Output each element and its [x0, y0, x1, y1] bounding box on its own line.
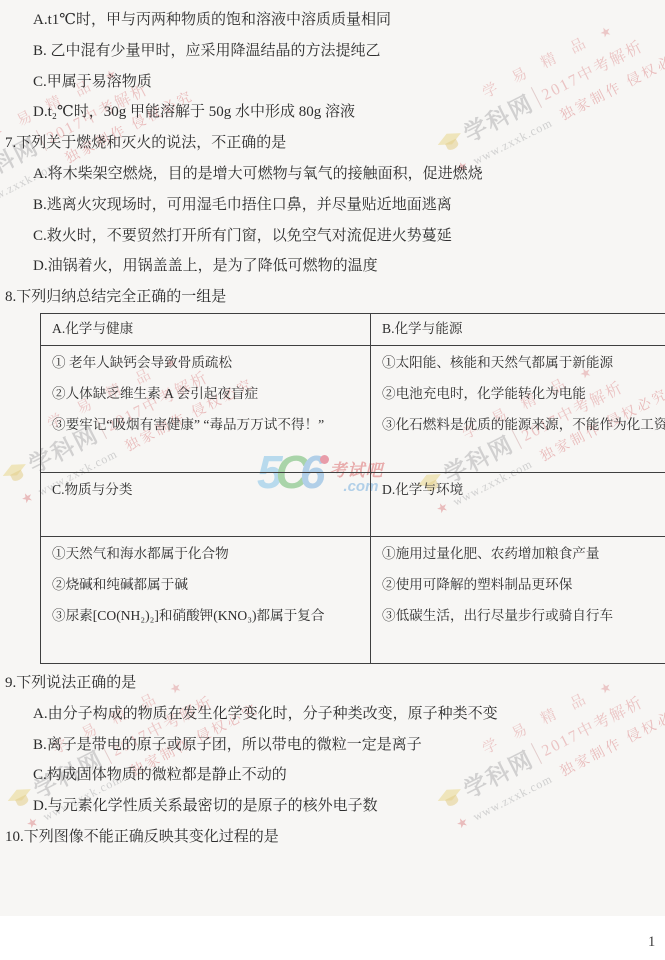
table-item: ① 老年人缺钙会导致骨质疏松 [52, 347, 364, 378]
q7-option-d: D.油锅着火，用锅盖盖上，是为了降低可燃物的温度 [0, 251, 665, 282]
table-item: ③尿素[CO(NH₂)₂]和硝酸钾(KNO₃)都属于复合 [52, 600, 364, 631]
table-item: ②人体缺乏维生素 A 会引起夜盲症 [52, 378, 364, 409]
table-cell-a-header: A.化学与健康 [41, 313, 371, 345]
q7-option-a: A.将木柴架空燃烧，目的是增大可燃物与氧气的接触面积，促进燃烧 [0, 159, 665, 190]
table-item: ③低碳生活，出行尽量步行或骑自行车 [382, 600, 665, 631]
q6-option-a: A.t1℃时，甲与丙两种物质的饱和溶液中溶质质量相同 [0, 5, 665, 36]
exam-content: A.t1℃时，甲与丙两种物质的饱和溶液中溶质质量相同 B. 乙中混有少量甲时，应… [0, 0, 665, 853]
table-cell-b-items: ①太阳能、核能和天然气都属于新能源 ②电池充电时，化学能转化为电能 ③化石燃料是… [371, 345, 665, 472]
table-row: ①天然气和海水都属于化合物 ②烧碱和纯碱都属于碱 ③尿素[CO(NH₂)₂]和硝… [41, 536, 665, 663]
q7-stem: 7.下列关于燃烧和灭火的说法，不正确的是 [0, 128, 665, 159]
q6-option-b: B. 乙中混有少量甲时，应采用降温结晶的方法提纯乙 [0, 36, 665, 67]
table-row: C.物质与分类 D.化学与环境 [41, 472, 665, 536]
q8-summary-table: A.化学与健康 B.化学与能源 ① 老年人缺钙会导致骨质疏松 ②人体缺乏维生素 … [40, 313, 665, 664]
q10-stem: 10.下列图像不能正确反映其变化过程的是 [0, 822, 665, 853]
q9-stem: 9.下列说法正确的是 [0, 668, 665, 699]
table-item: ③要牢记“吸烟有害健康” “毒品万万试不得！” [52, 409, 364, 440]
q8-stem: 8.下列归纳总结完全正确的一组是 [0, 282, 665, 313]
table-item: ①太阳能、核能和天然气都属于新能源 [382, 347, 665, 378]
table-cell-a-items: ① 老年人缺钙会导致骨质疏松 ②人体缺乏维生素 A 会引起夜盲症 ③要牢记“吸烟… [41, 345, 371, 472]
exam-paper-page: 学 易 精 品 ★ 学科网 2017中考解析 ★ www.zxxk.com 独家… [0, 0, 665, 960]
table-cell-c-header: C.物质与分类 [41, 472, 371, 536]
table-item: ②烧碱和纯碱都属于碱 [52, 569, 364, 600]
table-cell-b-header: B.化学与能源 [371, 313, 665, 345]
table-item: ③化石燃料是优质的能源来源，不能作为化工资源 [382, 409, 665, 440]
q9-block: 9.下列说法正确的是 A.由分子构成的物质在发生化学变化时，分子种类改变，原子种… [0, 668, 665, 822]
table-item: ①施用过量化肥、农药增加粮食产量 [382, 538, 665, 569]
q6-option-c: C.甲属于易溶物质 [0, 67, 665, 98]
q9-option-c: C.构成固体物质的微粒都是静止不动的 [0, 760, 665, 791]
table-cell-d-items: ①施用过量化肥、农药增加粮食产量 ②使用可降解的塑料制品更环保 ③低碳生活，出行… [371, 536, 665, 663]
table-item: ②电池充电时，化学能转化为电能 [382, 378, 665, 409]
q7-option-b: B.逃离火灾现场时，可用湿毛巾捂住口鼻，并尽量贴近地面逃离 [0, 190, 665, 221]
q9-option-a: A.由分子构成的物质在发生化学变化时，分子种类改变，原子种类不变 [0, 699, 665, 730]
table-item: ①天然气和海水都属于化合物 [52, 538, 364, 569]
table-row: ① 老年人缺钙会导致骨质疏松 ②人体缺乏维生素 A 会引起夜盲症 ③要牢记“吸烟… [41, 345, 665, 472]
table-row: A.化学与健康 B.化学与能源 [41, 313, 665, 345]
page-number: 1 [648, 934, 655, 951]
table-cell-c-items: ①天然气和海水都属于化合物 ②烧碱和纯碱都属于碱 ③尿素[CO(NH₂)₂]和硝… [41, 536, 371, 663]
q9-option-b: B.离子是带电的原子或原子团，所以带电的微粒一定是离子 [0, 730, 665, 761]
table-item: ②使用可降解的塑料制品更环保 [382, 569, 665, 600]
q7-option-c: C.救火时，不要贸然打开所有门窗，以免空气对流促进火势蔓延 [0, 221, 665, 252]
q9-option-d: D.与元素化学性质关系最密切的是原子的核外电子数 [0, 791, 665, 822]
q6-option-d: D.t₂℃时，30g 甲能溶解于 50g 水中形成 80g 溶液 [0, 97, 665, 128]
table-cell-d-header: D.化学与环境 [371, 472, 665, 536]
